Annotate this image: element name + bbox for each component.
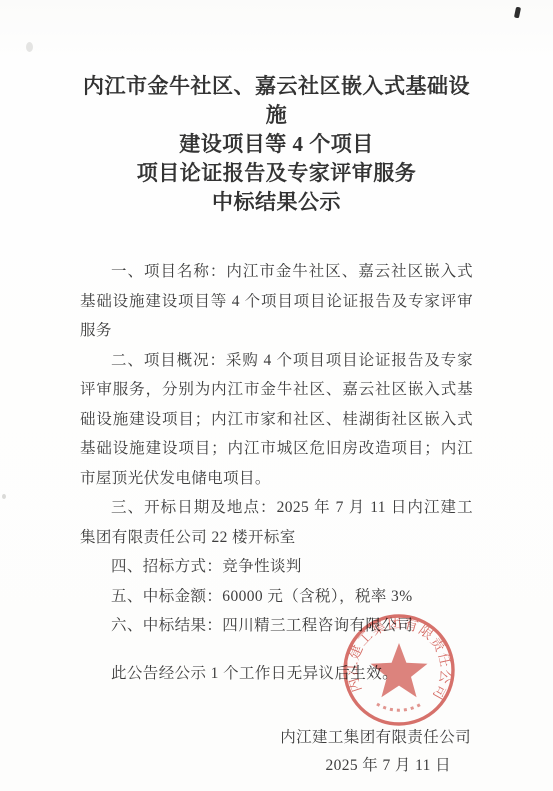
paragraph-tender-method: 四、招标方式：竞争性谈判 (80, 552, 473, 582)
title-line-2: 建设项目等 4 个项目 (80, 130, 473, 159)
title-line-3: 项目论证报告及专家评审服务 (80, 159, 473, 188)
paragraph-project-name: 一、项目名称：内江市金牛社区、嘉云社区嵌入式基础设施建设项目等 4 个项目项目论… (80, 257, 473, 346)
paragraph-bid-opening: 三、开标日期及地点：2025 年 7 月 11 日内江建工集团有限责任公司 22… (80, 493, 473, 552)
document-body: 内江市金牛社区、嘉云社区嵌入式基础设施 建设项目等 4 个项目 项目论证报告及专… (0, 0, 553, 780)
signature-company: 内江建工集团有限责任公司 (80, 724, 473, 752)
title-line-1: 内江市金牛社区、嘉云社区嵌入式基础设施 (80, 72, 473, 130)
title-line-4: 中标结果公示 (80, 188, 473, 217)
announcement-text: 一、项目名称：内江市金牛社区、嘉云社区嵌入式基础设施建设项目等 4 个项目项目论… (80, 257, 473, 688)
paragraph-project-overview: 二、项目概况：采购 4 个项目项目论证报告及专家评审服务，分别为内江市金牛社区、… (80, 346, 473, 494)
signature-date: 2025 年 7 月 11 日 (80, 752, 473, 780)
document-title: 内江市金牛社区、嘉云社区嵌入式基础设施 建设项目等 4 个项目 项目论证报告及专… (80, 72, 473, 217)
paragraph-award-result: 六、中标结果：四川精三工程咨询有限公司 (80, 611, 473, 641)
effective-note: 此公告经公示 1 个工作日无异议后生效。 (80, 659, 473, 689)
scan-smudge (26, 42, 33, 52)
scanned-document-page: { "page": { "background": "#fdfdfc", "te… (0, 0, 553, 791)
paragraph-award-amount: 五、中标金额：60000 元（含税），税率 3% (80, 582, 473, 612)
scan-smudge-left (2, 494, 6, 499)
signature-block: 内江建工集团有限责任公司 2025 年 7 月 11 日 (80, 724, 473, 780)
